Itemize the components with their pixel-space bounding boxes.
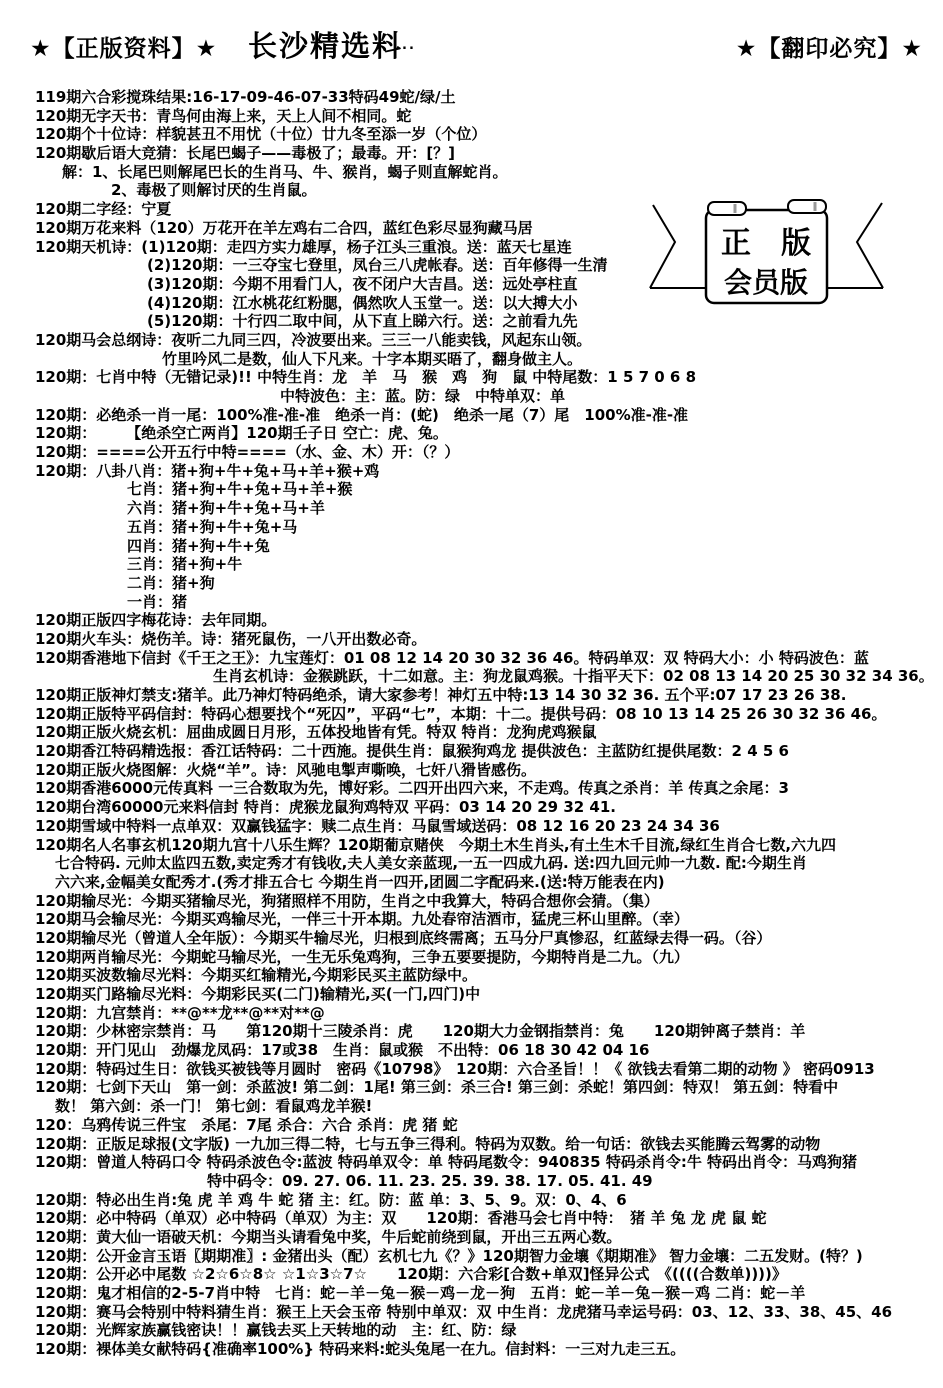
doc-line: 七肖：猪+狗+牛+兔+马+羊+猴 bbox=[35, 480, 939, 499]
doc-line: 120期香江特码精选报：香江话特码：二十西施。提供生肖：鼠猴狗鸡龙 提供波色：主… bbox=[35, 742, 939, 761]
doc-line: 120期：七肖中特（无错记录)!! 中特生肖：龙 羊 马 猴 鸡 狗 鼠 中特尾… bbox=[35, 368, 939, 387]
doc-line: 六肖：猪+狗+牛+兔+马+羊 bbox=[35, 499, 939, 518]
scroll-curl-right-icon bbox=[788, 200, 826, 213]
doc-line: 中特波色：主：蓝。防：绿 中特单双：单 bbox=[35, 387, 939, 406]
doc-line: 七合特码. 元帅太监四五数,卖定秀才有钱收,夫人美女亲蓝现,一五一四成九码. 送… bbox=[35, 854, 939, 873]
doc-line: 120期正版神灯禁支:猪羊。此乃神灯特码绝杀，请大家参考！神灯五中特:13 14… bbox=[35, 686, 939, 705]
doc-line: 竹里吟风二是数，仙人下凡来。十字本期买晤了，翻身做主人。 bbox=[35, 350, 939, 369]
doc-line: 120期： 【绝杀空亡两肖】120期壬子日 空亡：虎、兔。 bbox=[35, 424, 939, 443]
doc-line: 120期个十位诗：样貌甚丑不用忧（十位）廿九冬至添一岁（个位） bbox=[35, 125, 939, 144]
doc-line: 120期：开门见山 劲爆龙凤码：17或38 生肖：鼠或猴 不出特：06 18 3… bbox=[35, 1041, 939, 1060]
doc-line: 120期马会输尽光：今期买鸡输尽光，一伴三十开本期。九处春帘洁酒市，猛虎三杯山里… bbox=[35, 910, 939, 929]
doc-line: 二肖：猪+狗 bbox=[35, 574, 939, 593]
doc-line: 120期无字天书：青鸟何由海上来，天上人间不相同。蛇 bbox=[35, 107, 939, 126]
ribbon-left-icon bbox=[650, 205, 675, 288]
doc-line: 120期：公开必中尾数 ☆2☆6☆8☆ ☆1☆3☆7☆ 120期：六合彩[合数+… bbox=[35, 1265, 939, 1284]
header-left-stamp: ★【正版资料】★ bbox=[30, 30, 217, 63]
doc-line: 120期：少林密宗禁肖：马 第120期十三陵杀肖：虎 120期大力金钢指禁肖：兔… bbox=[35, 1022, 939, 1041]
member-edition-seal: 正 版 会员版 bbox=[645, 193, 943, 335]
doc-line: 生肖玄机诗：金猴跳跃，十二如意。主：狗龙鼠鸡猴。十指平天下：02 08 13 1… bbox=[35, 667, 939, 686]
doc-line: 五肖：猪+狗+牛+兔+马 bbox=[35, 518, 939, 537]
doc-line: 120期：鬼才相信的2-5-7肖中特 七肖：蛇－羊－兔－猴－鸡－龙－狗 五肖：蛇… bbox=[35, 1284, 939, 1303]
title-dots: .. bbox=[402, 38, 416, 53]
doc-line: 四肖：猪+狗+牛+兔 bbox=[35, 537, 939, 556]
doc-line: 120期台湾60000元来料信封 特肖：虎猴龙鼠狗鸡特双 平码：03 14 20… bbox=[35, 798, 939, 817]
header-right-stamp: ★【翻印必究】★ bbox=[736, 30, 923, 63]
ribbon-right-icon bbox=[857, 203, 883, 288]
doc-line: 120期：曾道人特码口令 特码杀波色令:蓝波 特码单双令：单 特码尾数令：940… bbox=[35, 1153, 939, 1172]
doc-line: 120期歇后语大竞猜：长尾巴蝎子——毒极了；最毒。开：[？] bbox=[35, 144, 939, 163]
doc-line: 数！ 第六剑：杀一门！ 第七剑：看鼠鸡龙羊猴! bbox=[35, 1097, 939, 1116]
doc-line: 120期雪域中特料一点单双：双赢钱猛字：赎二点生肖：马鼠雪域送码：08 12 1… bbox=[35, 817, 939, 836]
doc-line: 120期名人名事玄机120期九宫十八乐生辉？120期葡京赌侠 今期土木生肖头,有… bbox=[35, 836, 939, 855]
doc-line: 120期：必绝杀一肖一尾：100%准-准-准 绝杀一肖：(蛇) 绝杀一尾（7）尾… bbox=[35, 406, 939, 425]
doc-line: 120期买门路输尽光料：今期彩民买(二门)输精光,买(一门,四门)中 bbox=[35, 985, 939, 1004]
doc-line: 六六来,金幅美女配秀才.(秀才排五合七 今期生肖一四开,团圆二字配码来.(送:特… bbox=[35, 873, 939, 892]
doc-line: 三肖：猪+狗+牛 bbox=[35, 555, 939, 574]
doc-line: 120期：裸体美女献特码{准确率100%} 特码来料:蛇头兔尾一在九。信封料：一… bbox=[35, 1340, 939, 1359]
doc-line: 120期：赛马会特别中特料猜生肖：猴王上天会玉帝 特别中单双：双 中生肖：龙虎猪… bbox=[35, 1303, 939, 1322]
doc-line: 120期正版特平码信封：特码心想要找个“死囚”，平码“七”，本期：十二。提供号码… bbox=[35, 705, 939, 724]
doc-line: 一肖：猪 bbox=[35, 593, 939, 612]
doc-line: 120期：特必出生肖:兔 虎 羊 鸡 牛 蛇 猪 主：红。防：蓝 单：3、5、9… bbox=[35, 1191, 939, 1210]
doc-line: 120期：====公开五行中特====（水、金、木）开：（？） bbox=[35, 443, 939, 462]
doc-line: 120期香港地下信封《千王之王》：九宝莲灯：01 08 12 14 20 30 … bbox=[35, 649, 939, 668]
doc-line: 120期输尽光（曾道人全年版）：今期买牛输尽光，归根到底终需离；五马分尸真惨忍，… bbox=[35, 929, 939, 948]
doc-line: 120期：八卦八肖：猪+狗+牛+兔+马+羊+猴+鸡 bbox=[35, 462, 939, 481]
doc-line: 120期正版火烧图解：火烧“羊”。诗：风驰电掣声嘶唤，七奸八猾皆感伤。 bbox=[35, 761, 939, 780]
seal-text-line2: 会员版 bbox=[724, 266, 808, 299]
doc-line: 120期：公开金言玉语〖期期准〗: 金猪出头（配）玄机七九《？》120期智力金壤… bbox=[35, 1247, 939, 1266]
page-title: 长沙精选料 bbox=[248, 24, 403, 65]
doc-line: 解：1、长尾巴则解尾巴长的生肖马、牛、猴肖，蝎子则直解蛇肖。 bbox=[35, 163, 939, 182]
doc-line: 120期：九宫禁肖：**@**龙**@**对**@ bbox=[35, 1004, 939, 1023]
scroll-curl-left-icon bbox=[708, 202, 746, 215]
doc-line: 120期：特码过生日：欲钱买被钱等月圆时 密码《10798》 120期：六合圣旨… bbox=[35, 1060, 939, 1079]
doc-line: 120期：七剑下天山 第一剑：杀蓝波! 第二剑：1尾! 第三剑：杀三合! 第三剑… bbox=[35, 1078, 939, 1097]
doc-line: 120：乌鸦传说三件宝 杀尾：7尾 杀合：六合 杀肖：虎 猪 蛇 bbox=[35, 1116, 939, 1135]
page-header: ★【正版资料】★ 长沙精选料 .. ★【翻印必究】★ bbox=[0, 24, 943, 66]
doc-line: 120期正版火烧玄机：屈曲成圆日月形，五体投地皆有凭。特双 特肖：龙狗虎鸡猴鼠 bbox=[35, 723, 939, 742]
doc-line: 120期：正版足球报(文字版) 一九加三得二特，七与五争三得利。特码为双数。给一… bbox=[35, 1135, 939, 1154]
doc-line: 120期正版四字梅花诗：去年同期。 bbox=[35, 611, 939, 630]
doc-line: 119期六合彩搅珠结果:16-17-09-46-07-33特码49蛇/绿/土 bbox=[35, 88, 939, 107]
doc-line: 120期两肖输尽光：今期蛇马输尽光，一生无乐兔鸡狗，三争五要要提防，今期特肖是二… bbox=[35, 948, 939, 967]
doc-line: 120期火车头：烧伤羊。诗：猪死鼠伤，一八开出数必奇。 bbox=[35, 630, 939, 649]
doc-line: 120期：必中特码（单双）必中特码（单双）为主：双 120期：香港马会七肖中特：… bbox=[35, 1209, 939, 1228]
doc-line: 120期香港6000元传真料 一三合数取为先，博好彩。二四开出四六来，不走鸡。传… bbox=[35, 779, 939, 798]
doc-line: 120期买波数输尽光料：今期买红输精光,今期彩民买主蓝防绿中。 bbox=[35, 966, 939, 985]
doc-line: 特中码令：09. 27. 06. 11. 23. 25. 39. 38. 17.… bbox=[35, 1172, 939, 1191]
doc-line: 120期输尽光：今期买猪输尽光，狗猪照样不用防，生肖之中我算大，特码合想你会猜。… bbox=[35, 892, 939, 911]
doc-line: 120期：黄大仙一语破天机：今期当头请看兔中奖，牛后蛇前绕到鼠，开出三五两心数。 bbox=[35, 1228, 939, 1247]
doc-line: 120期：光辉家族赢钱密诀！！赢钱去买上天转地的动 主：红、防：绿 bbox=[35, 1321, 939, 1340]
seal-text-line1: 正 版 bbox=[721, 226, 811, 261]
